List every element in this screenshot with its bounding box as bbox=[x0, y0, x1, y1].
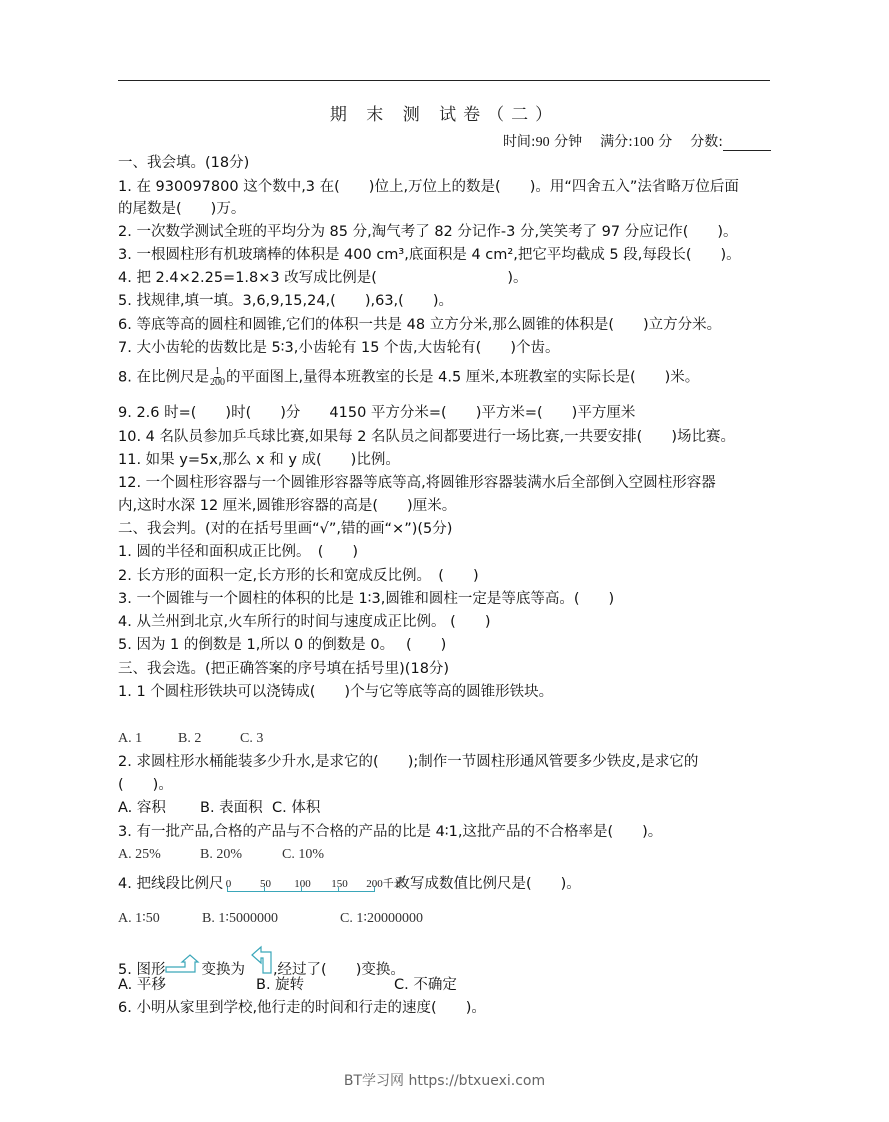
s1-q3: 3. 一根圆柱形有机玻璃棒的体积是 400 cm³,底面积是 4 cm²,把它平… bbox=[118, 245, 778, 265]
s1-q10: 10. 4 名队员参加乒乓球比赛,如果每 2 名队员之间都要进行一场比赛,一共要… bbox=[118, 427, 778, 447]
full-score-info: 满分:100 分 bbox=[600, 131, 672, 151]
s1-q2: 2. 一次数学测试全班的平均分为 85 分,淘气考了 82 分记作-3 分,笑笑… bbox=[118, 222, 778, 242]
s3-q3: 3. 有一批产品,合格的产品与不合格的产品的比是 4∶1,这批产品的不合格率是(… bbox=[118, 822, 778, 842]
exam-page: 期 末 测 试卷（二） 时间:90 分钟 满分:100 分 分数: 一、我会填。… bbox=[0, 0, 889, 1122]
s1-q12-line1: 12. 一个圆柱形容器与一个圆锥形容器等底等高,将圆锥形容器装满水后全部倒入空圆… bbox=[118, 473, 778, 493]
option-c: C. 1∶20000000 bbox=[340, 909, 423, 929]
s3-q2-line2: ( )。 bbox=[118, 775, 778, 795]
option-c: C. 10% bbox=[282, 845, 324, 865]
scale-label: 200千米 bbox=[366, 872, 405, 896]
option-c: C. 3 bbox=[240, 729, 263, 749]
option-a: A. 25% bbox=[118, 845, 200, 865]
s3-q1-options: A. 1B. 2C. 3 bbox=[118, 729, 778, 749]
option-a: A. 1∶50 bbox=[118, 909, 202, 929]
score-blank[interactable] bbox=[723, 136, 771, 151]
score-field: 分数: bbox=[690, 131, 771, 151]
s3-q2-line1: 2. 求圆柱形水桶能装多少升水,是求它的( );制作一节圆柱形通风管要多少铁皮,… bbox=[118, 752, 778, 772]
s1-q6: 6. 等底等高的圆柱和圆锥,它们的体积一共是 48 立方分米,那么圆锥的体积是(… bbox=[118, 315, 778, 335]
s1-q12-line2: 内,这时水深 12 厘米,圆锥形容器的高是( )厘米。 bbox=[118, 496, 778, 516]
time-info: 时间:90 分钟 bbox=[503, 131, 582, 151]
scale-fraction: 1200 bbox=[210, 367, 225, 388]
s2-item: 5. 因为 1 的倒数是 1,所以 0 的倒数是 0。 ( ) bbox=[118, 635, 778, 655]
s3-q1: 1. 1 个圆柱形铁块可以浇铸成( )个与它等底等高的圆锥形铁块。 bbox=[118, 682, 778, 702]
s3-q2-options: A. 容积B. 表面积C. 体积 bbox=[118, 798, 778, 818]
s3-q5-options: A. 平移B. 旋转C. 不确定 bbox=[118, 975, 778, 995]
exam-meta: 时间:90 分钟 满分:100 分 分数: bbox=[503, 131, 771, 151]
top-divider bbox=[118, 80, 770, 81]
option-b: B. 表面积 bbox=[200, 798, 272, 818]
s3-q4: 4. 把线段比例尺 0 50 100 150 200千米 改写成数值比例尺是( … bbox=[118, 872, 778, 896]
option-b: B. 2 bbox=[178, 729, 240, 749]
s1-q11: 11. 如果 y=5x,那么 x 和 y 成( )比例。 bbox=[118, 450, 778, 470]
s1-q4: 4. 把 2.4×2.25=1.8×3 改写成比例是( )。 bbox=[118, 268, 778, 288]
s1-q8: 8. 在比例尺是1200的平面图上,量得本班教室的长是 4.5 厘米,本班教室的… bbox=[118, 367, 778, 388]
line-scale-figure: 0 50 100 150 200千米 bbox=[225, 874, 375, 896]
scale-label: 50 bbox=[260, 872, 271, 896]
exam-title: 期 末 测 试卷（二） bbox=[0, 100, 889, 125]
section3-heading: 三、我会选。(把正确答案的序号填在括号里)(18分) bbox=[118, 659, 778, 679]
scale-label: 0 bbox=[226, 872, 232, 896]
watermark: BT学习网 https://btxuexi.com bbox=[0, 1070, 889, 1090]
s3-q4-options: A. 1∶50B. 1∶5000000C. 1∶20000000 bbox=[118, 909, 778, 929]
section1-heading: 一、我会填。(18分) bbox=[118, 153, 778, 173]
s1-q7: 7. 大小齿轮的齿数比是 5∶3,小齿轮有 15 个齿,大齿轮有( )个齿。 bbox=[118, 338, 778, 358]
section2-heading: 二、我会判。(对的在括号里画“√”,错的画“×”)(5分) bbox=[118, 519, 778, 539]
s3-q3-options: A. 25%B. 20%C. 10% bbox=[118, 845, 778, 865]
s2-item: 4. 从兰州到北京,火车所行的时间与速度成正比例。 ( ) bbox=[118, 612, 778, 632]
s2-item: 1. 圆的半径和面积成正比例。 ( ) bbox=[118, 542, 778, 562]
scale-label: 150 bbox=[331, 872, 348, 896]
s1-q5: 5. 找规律,填一填。3,6,9,15,24,( ),63,( )。 bbox=[118, 291, 778, 311]
option-a: A. 容积 bbox=[118, 798, 200, 818]
s1-q1-line1: 1. 在 930097800 这个数中,3 在( )位上,万位上的数是( )。用… bbox=[118, 177, 778, 197]
option-b: B. 20% bbox=[200, 845, 282, 865]
s1-q9: 9. 2.6 时=( )时( )分 4150 平方分米=( )平方米=( )平方… bbox=[118, 403, 778, 423]
option-a: A. 1 bbox=[118, 729, 178, 749]
option-c: C. 体积 bbox=[272, 800, 320, 816]
option-b: B. 旋转 bbox=[256, 975, 394, 995]
s2-item: 3. 一个圆锥与一个圆柱的体积的比是 1∶3,圆锥和圆柱一定是等底等高。( ) bbox=[118, 589, 778, 609]
option-c: C. 不确定 bbox=[394, 977, 457, 993]
scale-label: 100 bbox=[294, 872, 311, 896]
option-a: A. 平移 bbox=[118, 975, 256, 995]
s3-q6: 6. 小明从家里到学校,他行走的时间和行走的速度( )。 bbox=[118, 998, 778, 1018]
option-b: B. 1∶5000000 bbox=[202, 909, 340, 929]
s2-item: 2. 长方形的面积一定,长方形的长和宽成反比例。 ( ) bbox=[118, 566, 778, 586]
s1-q1-line2: 的尾数是( )万。 bbox=[118, 199, 778, 219]
